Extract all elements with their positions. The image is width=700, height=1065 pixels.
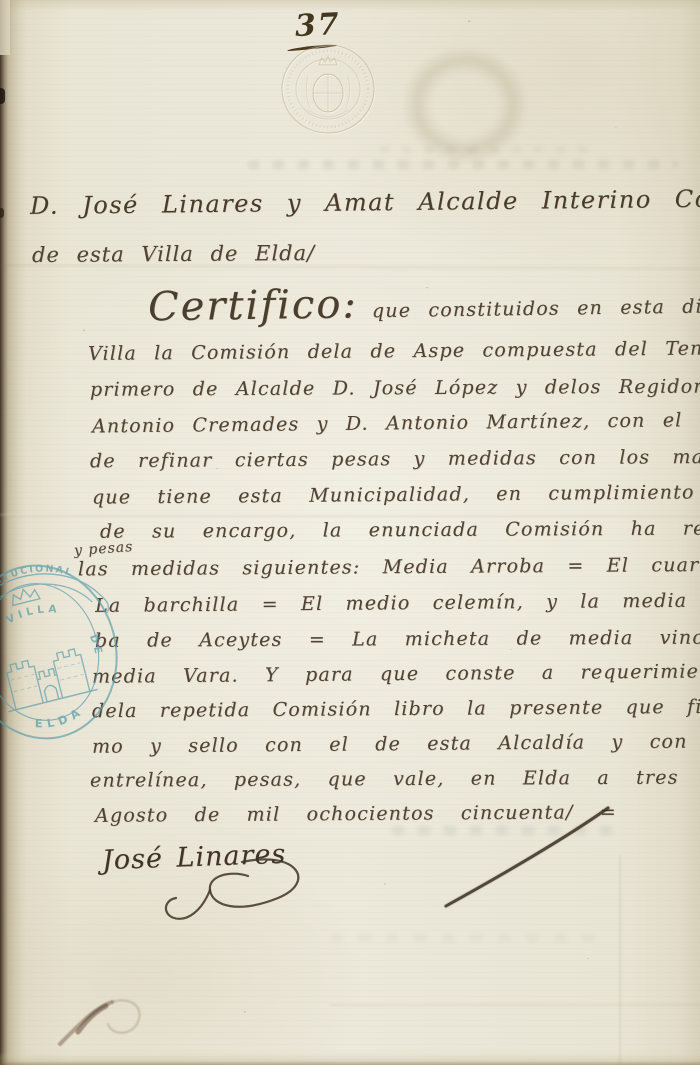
stamp-castle-icon	[0, 646, 98, 712]
body-line: Villa la Comisión dela de Aspe compuesta…	[88, 337, 700, 365]
body-line: de su encargo, la enunciada Comisión ha …	[100, 517, 700, 542]
body-line: Antonio Cremades y D. Antonio Martínez, …	[92, 408, 700, 437]
ink-smudge	[48, 982, 178, 1057]
ink-bleedthrough	[330, 934, 610, 942]
body-line: La barchilla = El medio celemín, y la me…	[95, 589, 700, 617]
stamp-inner-right-text: DE	[87, 632, 106, 658]
opening-line: D. José Linares y Amat Alcalde Interino …	[30, 184, 700, 220]
certifico-word: Certifico:	[148, 281, 358, 330]
page-top-edge	[0, 0, 700, 12]
embossed-seal-icon	[272, 36, 384, 144]
body-line: las medidas siguientes: Media Arroba = E…	[78, 554, 700, 581]
signature-rubric-flourish	[92, 848, 342, 933]
body-line: media Vara. Y para que conste a requerim…	[92, 660, 700, 688]
paper-stain	[402, 46, 528, 164]
body-line: de refinar ciertas pesas y medidas con l…	[90, 446, 700, 473]
binding-notch	[0, 88, 5, 104]
paper-crease	[0, 514, 700, 517]
body-line: mo y sello con el de esta Alcaldía y con…	[92, 730, 700, 758]
closing-pen-stroke	[438, 802, 623, 917]
certifico-rest: que constituidos en esta dicha f	[372, 295, 700, 323]
body-line: dela repetida Comisión libro la presente…	[92, 696, 700, 722]
binding-edge	[0, 0, 26, 1065]
binding-notch	[0, 208, 4, 218]
paper-crease	[330, 1004, 700, 1006]
certifico-line: Certifico:que constituidos en esta dicha…	[148, 276, 700, 331]
manuscript-page: 37 D. José Linares y Amat Alcalde Interi…	[0, 0, 700, 1065]
body-line: ba de Aceytes = La micheta de media vino…	[95, 626, 700, 652]
svg-text:DE: DE	[87, 632, 106, 658]
opening-line: de esta Villa de Elda/	[32, 241, 315, 267]
body-line: que tiene esta Municipalidad, en cumplim…	[92, 481, 695, 508]
body-line: entrelínea, pesas, que vale, en Elda a t…	[90, 766, 700, 791]
binding-edge-light	[0, 0, 10, 55]
body-line: primero de Alcalde D. José López y delos…	[90, 375, 700, 401]
